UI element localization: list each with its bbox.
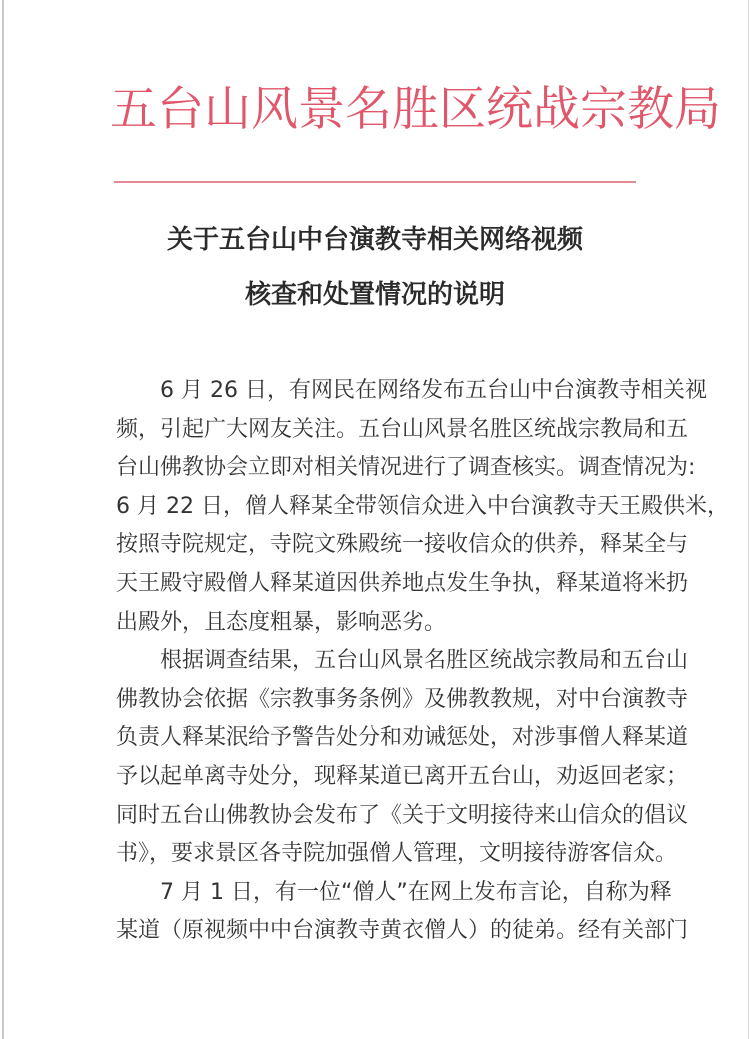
text-line: 出殿外，且态度粗暴，影响恶劣。 [116,604,636,643]
text-line: 7 月 1 日，有一位“僧人”在网上发布言论，自称为释 [116,874,636,913]
text-line: 同时五台山佛教协会发布了《关于文明接待来山信众的倡议 [116,797,636,836]
letterhead-rule [114,181,636,183]
text-line: 予以起单离寺处分，现释某道已离开五台山，劝返回老家； [116,758,636,797]
paragraph-1: 6 月 26 日，有网民在网络发布五台山中台演教寺相关视 频，引起广大网友关注。… [116,372,636,642]
text-line: 负责人释某泯给予警告处分和劝诫惩处，对涉事僧人释某道 [116,719,636,758]
text-line: 6 月 22 日，僧人释某全带领信众进入中台演教寺天王殿供米， [116,488,636,527]
document-title-line-1: 关于五台山中台演教寺相关网络视频 [110,219,640,256]
text-line: 6 月 26 日，有网民在网络发布五台山中台演教寺相关视 [116,372,636,411]
paragraph-3: 7 月 1 日，有一位“僧人”在网上发布言论，自称为释 某道（原视频中中台演教寺… [116,874,636,951]
text-line: 书》，要求景区各寺院加强僧人管理，文明接待游客信众。 [116,835,636,874]
text-line: 按照寺院规定，寺院文殊殿统一接收信众的供养，释某全与 [116,526,636,565]
text-line: 某道（原视频中中台演教寺黄衣僧人）的徒弟。经有关部门 [116,912,636,951]
document-body: 6 月 26 日，有网民在网络发布五台山中台演教寺相关视 频，引起广大网友关注。… [116,372,636,951]
scan-left-edge [2,0,4,1039]
text-line: 天王殿守殿僧人释某道因供养地点发生争执，释某道将米扔 [116,565,636,604]
scan-right-edge [748,0,749,1039]
letterhead-title: 五台山风景名胜区统战宗教局 [110,80,640,140]
text-line: 频，引起广大网友关注。五台山风景名胜区统战宗教局和五 [116,411,636,450]
text-line: 佛教协会依据《宗教事务条例》及佛教教规，对中台演教寺 [116,681,636,720]
document-title-line-2: 核查和处置情况的说明 [110,274,640,311]
text-line: 根据调查结果，五台山风景名胜区统战宗教局和五台山 [116,642,636,681]
paragraph-2: 根据调查结果，五台山风景名胜区统战宗教局和五台山 佛教协会依据《宗教事务条例》及… [116,642,636,874]
text-line: 台山佛教协会立即对相关情况进行了调查核实。调查情况为: [116,449,636,488]
